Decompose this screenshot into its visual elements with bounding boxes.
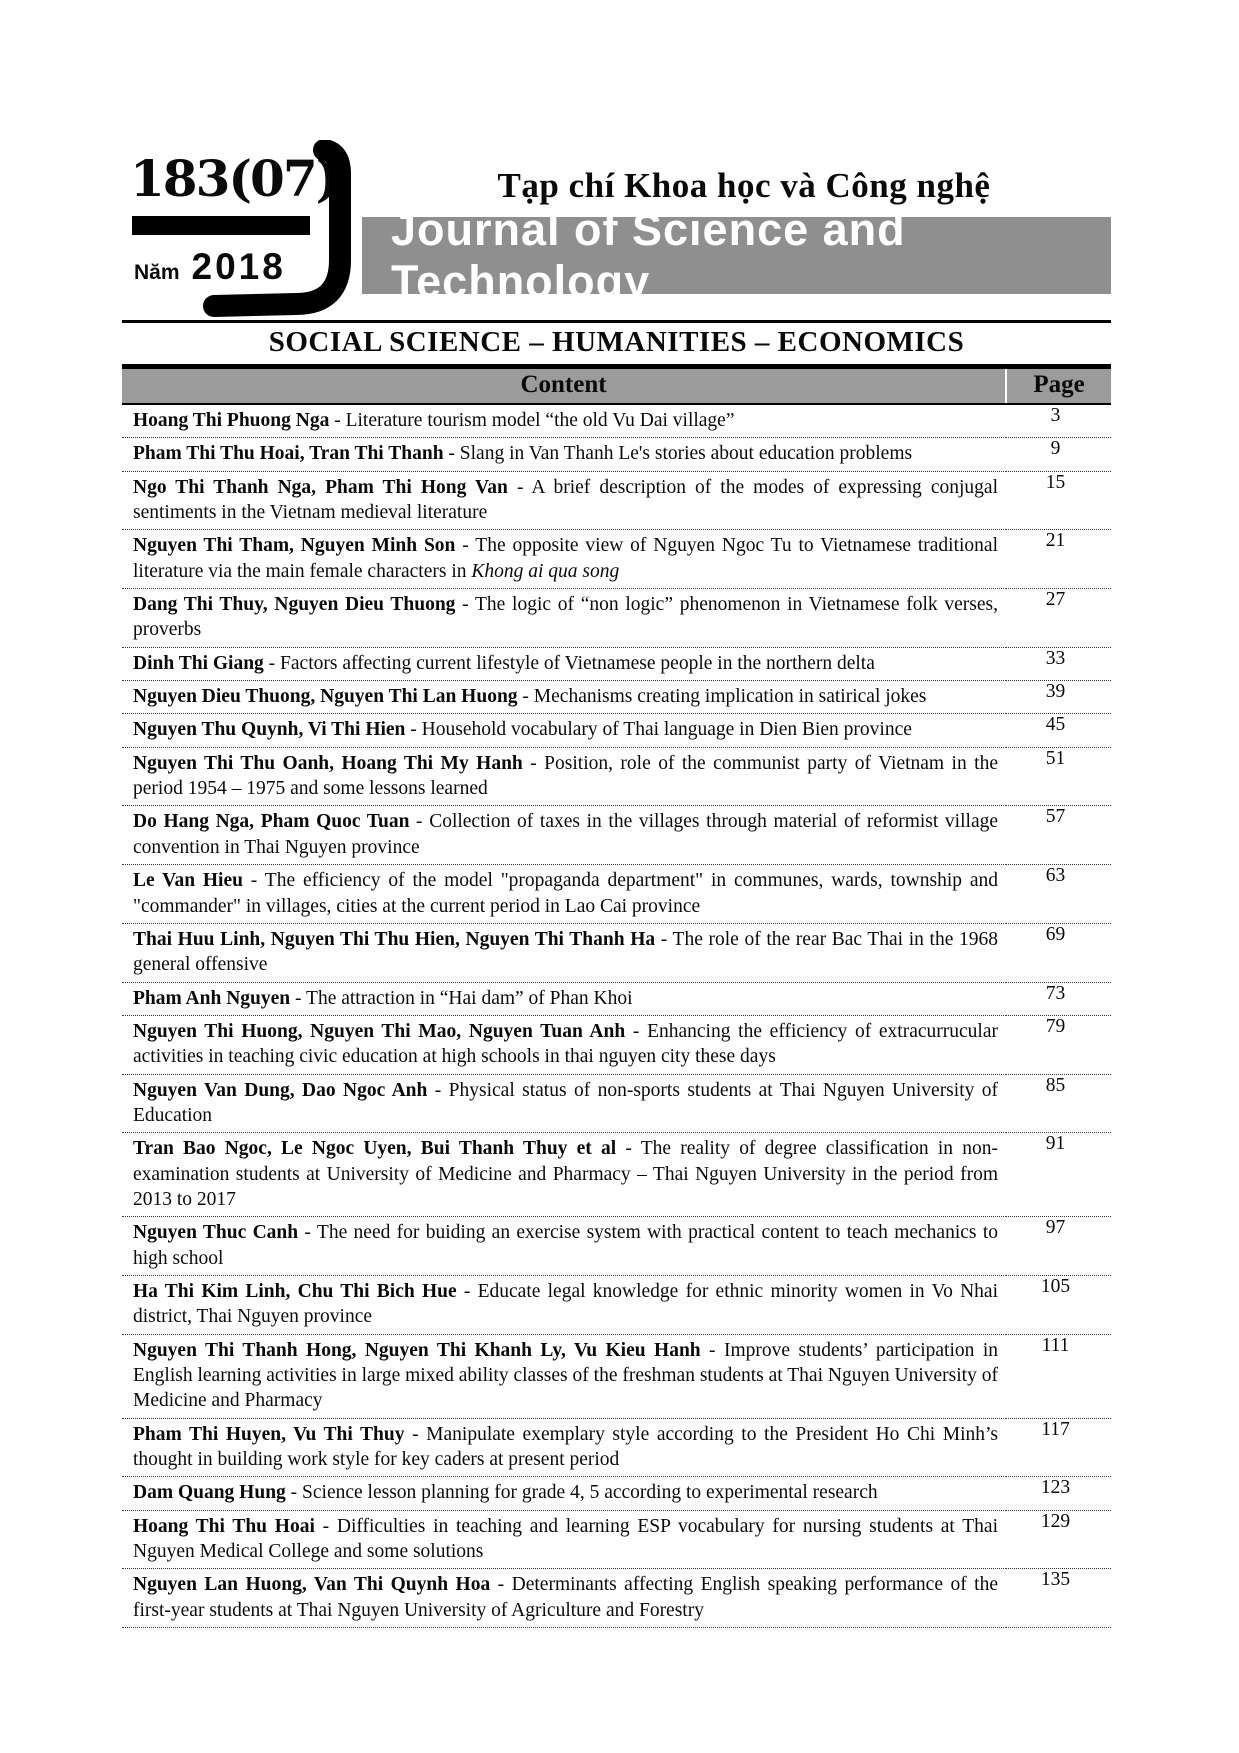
article-title: Science lesson planning for grade 4, 5 a… <box>302 1482 878 1503</box>
table-row: Thai Huu Linh, Nguyen Thi Thu Hien, Nguy… <box>122 923 1111 982</box>
article-entry: Hoang Thi Thu Hoai - Difficulties in tea… <box>122 1510 1006 1569</box>
table-row: Hoang Thi Phuong Nga - Literature touris… <box>122 404 1111 438</box>
article-entry: Ngo Thi Thanh Nga, Pham Thi Hong Van - A… <box>122 471 1006 530</box>
table-row: Dinh Thi Giang - Factors affecting curre… <box>122 647 1111 680</box>
table-row: Nguyen Van Dung, Dao Ngoc Anh - Physical… <box>122 1074 1111 1133</box>
article-title: The attraction in “Hai dam” of Phan Khoi <box>306 988 633 1009</box>
article-page-number: 97 <box>1006 1217 1111 1276</box>
article-page-number: 135 <box>1006 1569 1111 1628</box>
article-page-number: 27 <box>1006 589 1111 648</box>
article-authors: Nguyen Thi Thu Oanh, Hoang Thi My Hanh <box>133 753 523 774</box>
journal-title-english: Journal of Science and Technology <box>391 204 1111 308</box>
article-page-number: 39 <box>1006 681 1111 714</box>
logo-corner-bracket-icon <box>184 140 362 322</box>
article-authors: Nguyen Thi Thanh Hong, Nguyen Thi Khanh … <box>133 1340 701 1361</box>
article-authors: Nguyen Thi Tham, Nguyen Minh Son <box>133 535 455 556</box>
article-authors: Nguyen Thu Quynh, Vi Thi Hien <box>133 719 405 740</box>
table-row: Nguyen Thi Thanh Hong, Nguyen Thi Khanh … <box>122 1334 1111 1418</box>
article-authors: Do Hang Nga, Pham Quoc Tuan <box>133 811 409 832</box>
table-row: Dang Thi Thuy, Nguyen Dieu Thuong - The … <box>122 589 1111 648</box>
article-page-number: 85 <box>1006 1074 1111 1133</box>
article-entry: Dinh Thi Giang - Factors affecting curre… <box>122 647 1006 680</box>
issue-logo: 183(07) Năm 2018 <box>122 140 362 318</box>
table-row: Hoang Thi Thu Hoai - Difficulties in tea… <box>122 1510 1111 1569</box>
article-page-number: 63 <box>1006 865 1111 924</box>
article-page-number: 33 <box>1006 647 1111 680</box>
article-page-number: 91 <box>1006 1133 1111 1217</box>
article-authors: Dinh Thi Giang <box>133 653 264 674</box>
contents-table: Content Page Hoang Thi Phuong Nga - Lite… <box>122 364 1111 1628</box>
table-row: Dam Quang Hung - Science lesson planning… <box>122 1477 1111 1510</box>
article-page-number: 45 <box>1006 714 1111 747</box>
article-page-number: 9 <box>1006 438 1111 471</box>
article-authors: Pham Anh Nguyen <box>133 988 290 1009</box>
contents-table-body: Hoang Thi Phuong Nga - Literature touris… <box>122 404 1111 1628</box>
article-authors: Le Van Hieu <box>133 870 243 891</box>
article-page-number: 105 <box>1006 1275 1111 1334</box>
table-row: Nguyen Thi Thu Oanh, Hoang Thi My Hanh -… <box>122 747 1111 806</box>
article-entry: Nguyen Lan Huong, Van Thi Quynh Hoa - De… <box>122 1569 1006 1628</box>
article-authors: Nguyen Van Dung, Dao Ngoc Anh <box>133 1080 427 1101</box>
article-entry: Le Van Hieu - The efficiency of the mode… <box>122 865 1006 924</box>
article-entry: Tran Bao Ngoc, Le Ngoc Uyen, Bui Thanh T… <box>122 1133 1006 1217</box>
article-authors: Nguyen Thi Huong, Nguyen Thi Mao, Nguyen… <box>133 1021 625 1042</box>
article-entry: Do Hang Nga, Pham Quoc Tuan - Collection… <box>122 806 1006 865</box>
article-authors: Ha Thi Kim Linh, Chu Thi Bich Hue <box>133 1281 457 1302</box>
table-row: Nguyen Lan Huong, Van Thi Quynh Hoa - De… <box>122 1569 1111 1628</box>
article-entry: Nguyen Thi Tham, Nguyen Minh Son - The o… <box>122 530 1006 589</box>
article-authors: Dam Quang Hung <box>133 1482 286 1503</box>
article-authors: Hoang Thi Thu Hoai <box>133 1516 315 1537</box>
article-authors: Nguyen Thuc Canh <box>133 1222 298 1243</box>
article-authors: Nguyen Lan Huong, Van Thi Quynh Hoa <box>133 1574 490 1595</box>
article-entry: Nguyen Dieu Thuong, Nguyen Thi Lan Huong… <box>122 681 1006 714</box>
table-row: Nguyen Thuc Canh - The need for buiding … <box>122 1217 1111 1276</box>
article-page-number: 129 <box>1006 1510 1111 1569</box>
article-authors: Dang Thi Thuy, Nguyen Dieu Thuong <box>133 594 455 615</box>
table-row: Pham Anh Nguyen - The attraction in “Hai… <box>122 982 1111 1015</box>
table-row: Ngo Thi Thanh Nga, Pham Thi Hong Van - A… <box>122 471 1111 530</box>
article-page-number: 69 <box>1006 923 1111 982</box>
article-page-number: 3 <box>1006 404 1111 438</box>
article-entry: Pham Thi Huyen, Vu Thi Thuy - Manipulate… <box>122 1418 1006 1477</box>
article-entry: Pham Thi Thu Hoai, Tran Thi Thanh - Slan… <box>122 438 1006 471</box>
article-entry: Dang Thi Thuy, Nguyen Dieu Thuong - The … <box>122 589 1006 648</box>
section-title: SOCIAL SCIENCE – HUMANITIES – ECONOMICS <box>122 326 1111 359</box>
article-authors: Thai Huu Linh, Nguyen Thi Thu Hien, Nguy… <box>133 929 655 950</box>
table-row: Nguyen Thi Tham, Nguyen Minh Son - The o… <box>122 530 1111 589</box>
article-entry: Nguyen Thi Thu Oanh, Hoang Thi My Hanh -… <box>122 747 1006 806</box>
table-row: Nguyen Thu Quynh, Vi Thi Hien - Househol… <box>122 714 1111 747</box>
article-page-number: 51 <box>1006 747 1111 806</box>
article-page-number: 15 <box>1006 471 1111 530</box>
article-title: Literature tourism model “the old Vu Dai… <box>346 410 735 431</box>
content-column-header: Content <box>122 367 1006 405</box>
article-page-number: 111 <box>1006 1334 1111 1418</box>
article-authors: Hoang Thi Phuong Nga <box>133 410 329 431</box>
journal-titles: Tạp chí Khoa học và Công nghệ Journal of… <box>307 140 1111 294</box>
table-row: Le Van Hieu - The efficiency of the mode… <box>122 865 1111 924</box>
article-page-number: 123 <box>1006 1477 1111 1510</box>
contents-table-head: Content Page <box>122 367 1111 405</box>
article-page-number: 73 <box>1006 982 1111 1015</box>
article-title: Household vocabulary of Thai language in… <box>422 719 912 740</box>
year-label: Năm <box>134 261 180 285</box>
table-row: Pham Thi Thu Hoai, Tran Thi Thanh - Slan… <box>122 438 1111 471</box>
table-row: Tran Bao Ngoc, Le Ngoc Uyen, Bui Thanh T… <box>122 1133 1111 1217</box>
article-title: The efficiency of the model "propaganda … <box>133 870 998 916</box>
article-title: Mechanisms creating implication in satir… <box>534 686 927 707</box>
article-page-number: 57 <box>1006 806 1111 865</box>
table-row: Ha Thi Kim Linh, Chu Thi Bich Hue - Educ… <box>122 1275 1111 1334</box>
article-entry: Thai Huu Linh, Nguyen Thi Thu Hien, Nguy… <box>122 923 1006 982</box>
table-row: Nguyen Thi Huong, Nguyen Thi Mao, Nguyen… <box>122 1015 1111 1074</box>
article-authors: Tran Bao Ngoc, Le Ngoc Uyen, Bui Thanh T… <box>133 1138 616 1159</box>
article-page-number: 21 <box>1006 530 1111 589</box>
article-title-italic: Khong ai qua song <box>471 561 619 582</box>
contents-header-row: Content Page <box>122 367 1111 405</box>
article-entry: Nguyen Thi Huong, Nguyen Thi Mao, Nguyen… <box>122 1015 1006 1074</box>
page-column-header: Page <box>1006 367 1111 405</box>
article-entry: Nguyen Thu Quynh, Vi Thi Hien - Househol… <box>122 714 1006 747</box>
article-entry: Hoang Thi Phuong Nga - Literature touris… <box>122 404 1006 438</box>
article-entry: Dam Quang Hung - Science lesson planning… <box>122 1477 1006 1510</box>
article-entry: Nguyen Thuc Canh - The need for buiding … <box>122 1217 1006 1276</box>
journal-title-bar: Journal of Science and Technology <box>307 217 1111 294</box>
article-title: Factors affecting current lifestyle of V… <box>280 653 875 674</box>
article-entry: Nguyen Thi Thanh Hong, Nguyen Thi Khanh … <box>122 1334 1006 1418</box>
article-authors: Pham Thi Thu Hoai, Tran Thi Thanh <box>133 443 444 464</box>
article-authors: Nguyen Dieu Thuong, Nguyen Thi Lan Huong <box>133 686 518 707</box>
article-authors: Pham Thi Huyen, Vu Thi Thuy <box>133 1424 405 1445</box>
article-page-number: 117 <box>1006 1418 1111 1477</box>
article-entry: Ha Thi Kim Linh, Chu Thi Bich Hue - Educ… <box>122 1275 1006 1334</box>
table-row: Pham Thi Huyen, Vu Thi Thuy - Manipulate… <box>122 1418 1111 1477</box>
article-page-number: 79 <box>1006 1015 1111 1074</box>
journal-toc-page: 183(07) Năm 2018 Tạp chí Khoa học và Côn… <box>0 0 1239 1628</box>
masthead: 183(07) Năm 2018 Tạp chí Khoa học và Côn… <box>122 140 1111 318</box>
article-entry: Pham Anh Nguyen - The attraction in “Hai… <box>122 982 1006 1015</box>
table-row: Do Hang Nga, Pham Quoc Tuan - Collection… <box>122 806 1111 865</box>
article-authors: Ngo Thi Thanh Nga, Pham Thi Hong Van <box>133 477 508 498</box>
article-entry: Nguyen Van Dung, Dao Ngoc Anh - Physical… <box>122 1074 1006 1133</box>
article-title: Slang in Van Thanh Le's stories about ed… <box>460 443 912 464</box>
table-row: Nguyen Dieu Thuong, Nguyen Thi Lan Huong… <box>122 681 1111 714</box>
